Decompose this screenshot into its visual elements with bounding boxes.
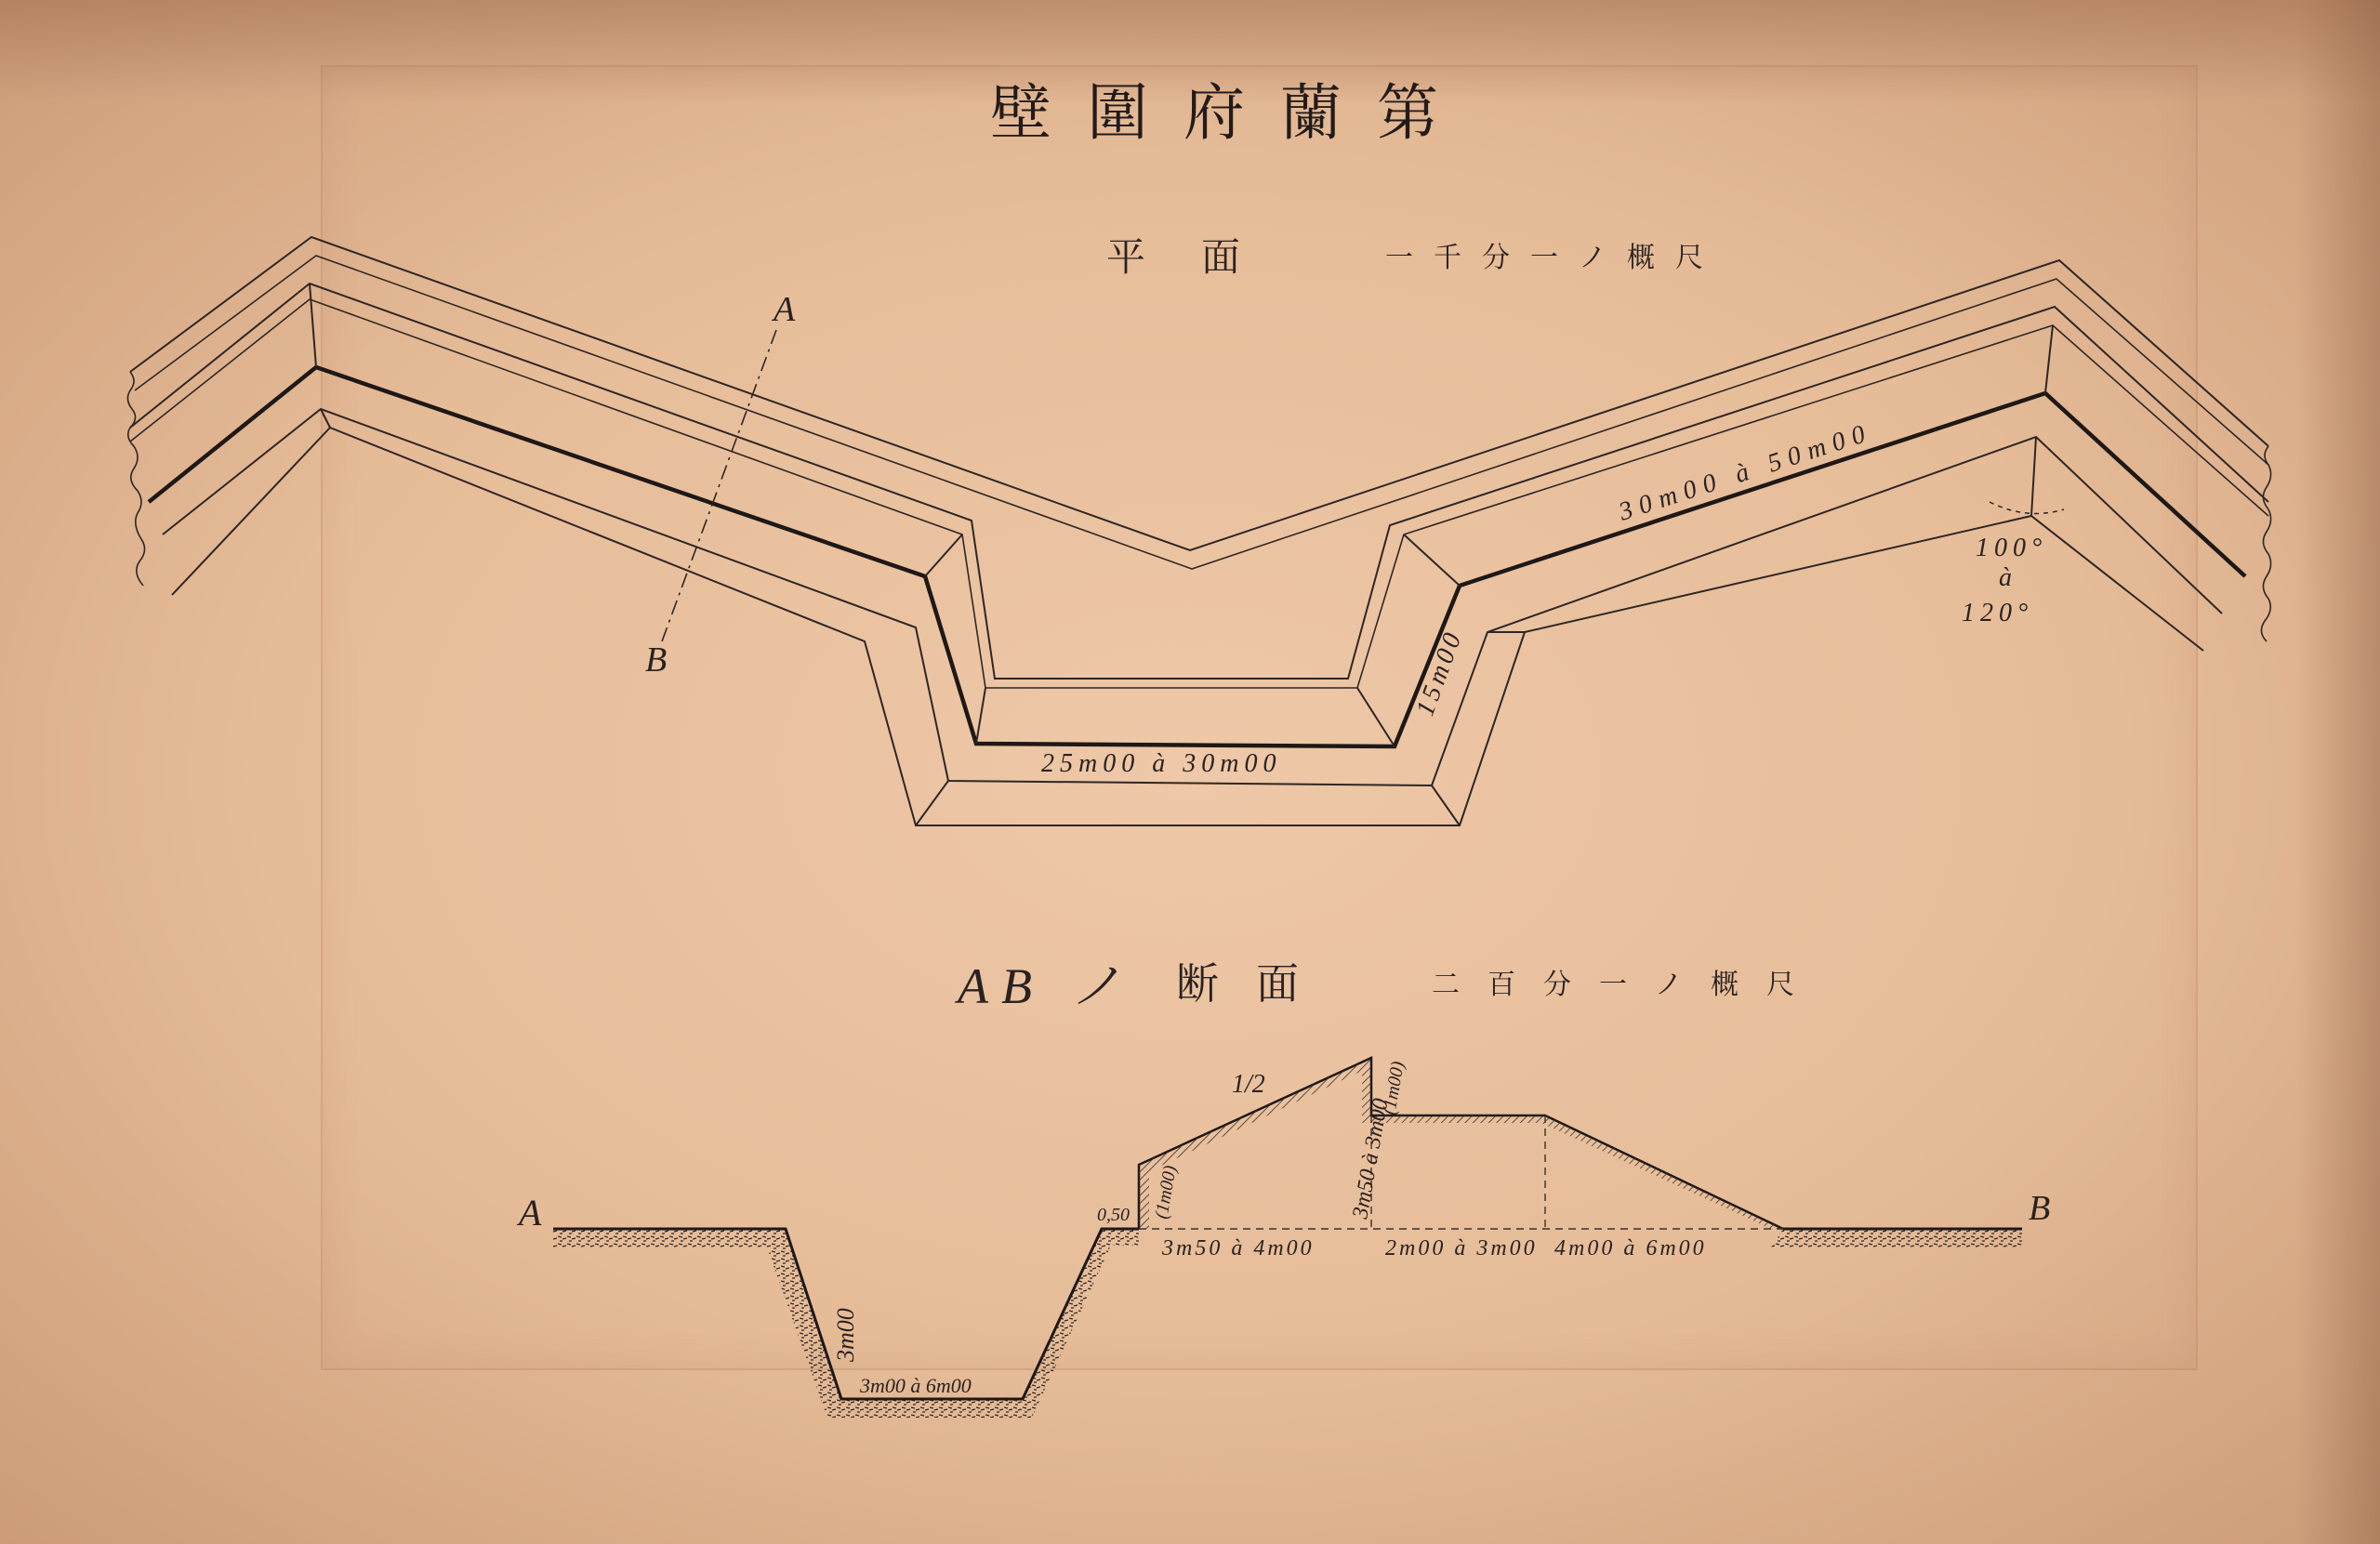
angle-arc <box>1990 502 2064 514</box>
dim-scarp-height: (1m00) <box>1151 1164 1181 1221</box>
dim-ditch-depth: 3m00 <box>832 1308 859 1363</box>
plan-drawing <box>127 237 2270 825</box>
section-end-label-b: B <box>2029 1189 2050 1228</box>
section-line-ab <box>662 330 776 641</box>
dim-angle-top: 100° <box>1976 534 2047 562</box>
dim-angle-bottom: 120° <box>1962 599 2033 627</box>
dim-crest-step: (1m00) <box>1379 1060 1408 1116</box>
dim-ditch-bottom: 3m00 à 6m00 <box>859 1374 972 1397</box>
dim-front-face: 25m00 à 30m00 <box>1041 749 1281 778</box>
dim-parapet-height: 3m50 à 3m00 <box>1348 1097 1393 1221</box>
dim-terreplein: 2m00 à 3m00 <box>1385 1236 1538 1260</box>
dim-slope: 1/2 <box>1232 1070 1265 1099</box>
dim-berm: 0,50 <box>1097 1205 1130 1225</box>
plan-outer-crest <box>130 237 2268 550</box>
section-line-label-a: A <box>771 290 796 329</box>
dim-angle-mid: à <box>1999 563 2012 592</box>
technical-drawing: A B 25m00 à 30m00 15m00 30m00 à 50m00 10… <box>0 0 2380 1544</box>
dim-rear-slope: 4m00 à 6m00 <box>1554 1236 1707 1260</box>
dim-side-face: 30m00 à 50m00 <box>1615 417 1876 527</box>
dim-parapet-thickness: 3m50 à 4m00 <box>1161 1236 1315 1260</box>
plan-magistral-line <box>149 367 2245 746</box>
section-line-label-b: B <box>645 640 667 680</box>
section-end-label-a: A <box>516 1192 542 1234</box>
